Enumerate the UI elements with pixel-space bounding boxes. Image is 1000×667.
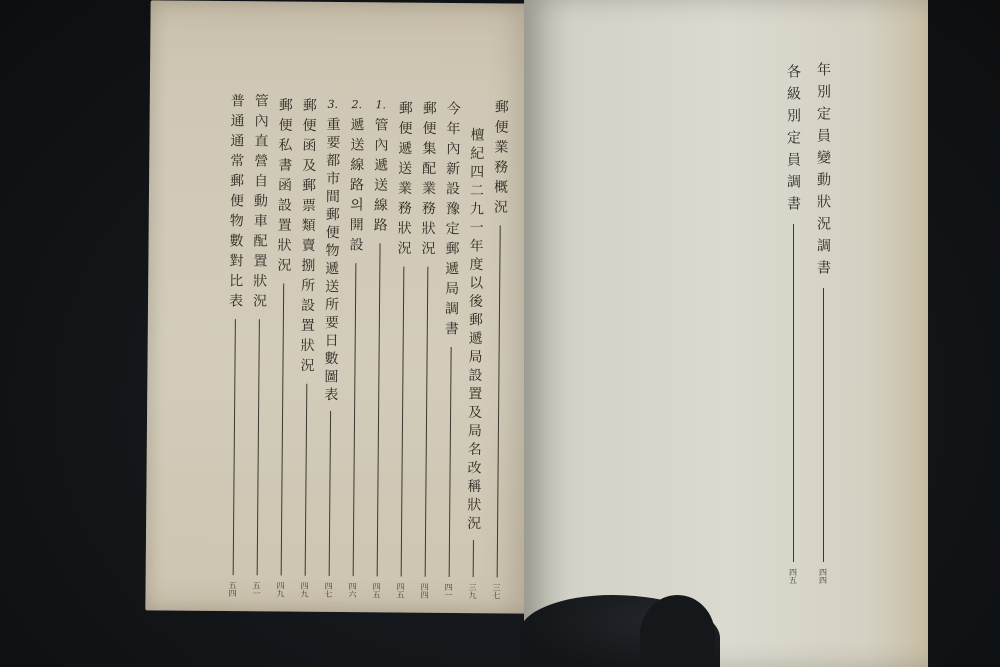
- entry-title: 郵便函及郵票類賣捌所設置狀況: [299, 98, 315, 378]
- leader-line: [496, 225, 500, 577]
- leader-line: [424, 267, 428, 577]
- page-number: 四九: [275, 581, 286, 597]
- leader-line: [823, 288, 824, 562]
- entry-number: 1.: [375, 98, 386, 111]
- page-number: 四五: [395, 582, 406, 598]
- leader-line: [280, 283, 284, 575]
- leader-line: [256, 319, 259, 575]
- toc-entry: 3. 重要都市間郵便物遞送所要日數圖表 四七: [321, 98, 339, 598]
- leader-line: [448, 347, 451, 577]
- leader-line: [793, 224, 794, 562]
- entry-title: 郵便私書函設置狀況: [276, 97, 292, 277]
- leader-line: [352, 263, 356, 576]
- leader-line: [232, 319, 235, 575]
- page-number: 四九: [299, 582, 310, 598]
- toc-entry: 普通通常郵便物數對比表 五四: [225, 93, 243, 597]
- entry-title: 郵便遞送業務狀況: [396, 100, 411, 260]
- thumb: [640, 595, 715, 667]
- entry-title: 重要都市間郵便物遞送所要日數圖表: [323, 117, 340, 405]
- left-page: 郵便業務概況 三七 檀紀四二九一年度以後郵遞局設置及局名改稱狀況 三九 今年內新…: [145, 0, 536, 613]
- entry-title: 普通通常郵便物數對比表: [228, 93, 244, 313]
- toc-entry: 管內直營自動車配置狀況 五一: [249, 93, 267, 597]
- toc-entry: 郵便私書函設置狀況 四九: [273, 97, 291, 597]
- entry-title: 今年內新設豫定郵遞局調書: [444, 101, 460, 341]
- page-number: 四五: [788, 568, 799, 584]
- toc-entry: 郵便函及郵票類賣捌所設置狀況 四九: [297, 98, 315, 598]
- entry-title: 管內遞送線路: [373, 117, 388, 237]
- entry-title: 管內直營自動車配置狀況: [252, 93, 268, 313]
- entry-title: 年別定員變動狀況調書: [816, 62, 830, 282]
- entry-title: 郵便集配業務狀況: [420, 101, 435, 261]
- toc-entry: 檀紀四二九一年度以後郵遞局設置及局名改稱狀況 三九: [465, 127, 483, 599]
- toc-entry: 郵便集配業務狀況 四四: [417, 101, 435, 599]
- toc-entry: 1. 管內遞送線路 四五: [369, 98, 387, 598]
- page-number: 四四: [818, 568, 829, 584]
- entry-number: 3.: [327, 98, 338, 111]
- toc-entry: 郵便業務概況 三七: [489, 99, 507, 599]
- entry-title: 郵便業務概況: [493, 99, 508, 219]
- page-number: 四七: [323, 582, 334, 598]
- leader-line: [304, 384, 307, 576]
- leader-line: [376, 243, 380, 576]
- page-number: 三七: [491, 583, 502, 599]
- entry-title: 檀紀四二九一年度以後郵遞局設置及局名改稱狀況: [466, 127, 484, 534]
- toc-entry: 今年內新設豫定郵遞局調書 四一: [441, 101, 459, 599]
- page-number: 四五: [371, 582, 382, 598]
- page-number: 四一: [443, 583, 454, 599]
- page-number: 四六: [347, 582, 358, 598]
- leader-line: [328, 411, 330, 576]
- toc-entry: 郵便遞送業務狀況 四五: [393, 100, 411, 598]
- entry-title: 各級別定員調書: [786, 64, 800, 218]
- leader-line: [400, 267, 404, 577]
- toc-entry: 各級別定員調書 四五: [786, 64, 800, 584]
- right-page: 年別定員變動狀況調書 四四 各級別定員調書 四五: [524, 0, 928, 667]
- page-number: 五一: [251, 581, 262, 597]
- page-number: 四四: [419, 583, 430, 599]
- toc-entry: 2. 遞送線路의開設 四六: [345, 98, 363, 598]
- entry-title: 遞送線路의開設: [348, 117, 363, 257]
- toc-entry: 年別定員變動狀況調書 四四: [816, 62, 830, 584]
- page-number: 五四: [227, 581, 238, 597]
- leader-line: [472, 540, 473, 577]
- page-number: 三九: [467, 583, 478, 599]
- entry-number: 2.: [351, 98, 362, 111]
